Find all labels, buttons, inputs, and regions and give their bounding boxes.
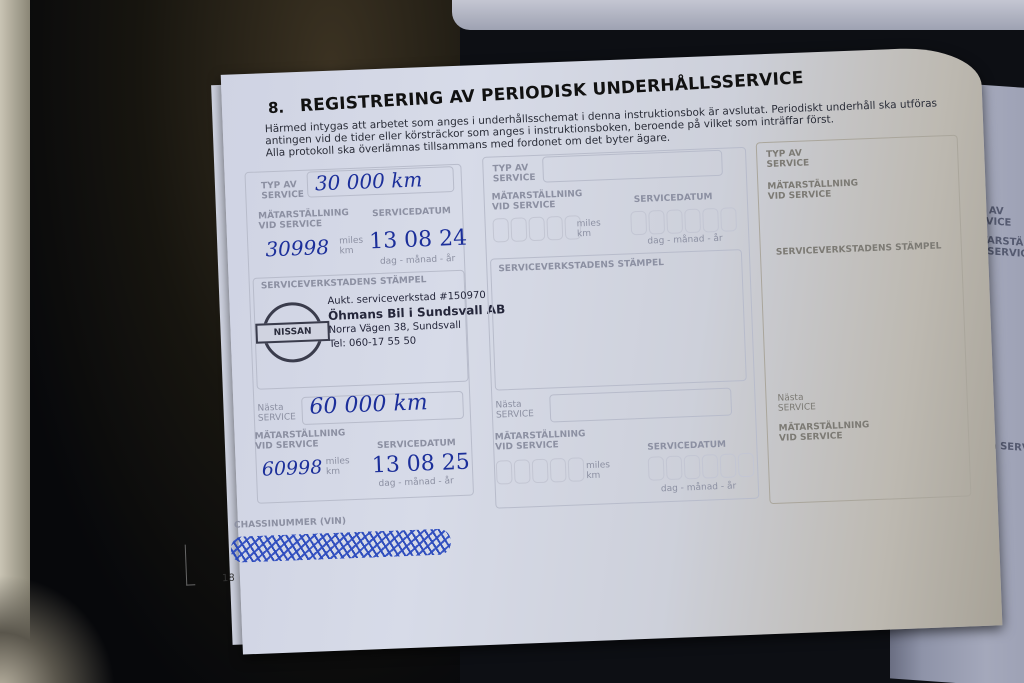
date-digit-boxes[interactable] [630,207,737,235]
next-odometer-digit-boxes[interactable] [496,457,585,484]
label-next-service: Nästa SERVICE [777,392,816,413]
odometer-digit-boxes[interactable] [492,215,581,242]
crop-mark [185,544,196,585]
background-paper [452,0,1024,30]
section-number: 8. [268,99,285,118]
label-service-type: TYP AV SERVICE [766,148,809,170]
next-units-label: miles km [586,460,611,481]
page-number: 18 [222,573,235,584]
odometer-value: 30998 [265,235,329,261]
next-date-digit-boxes[interactable] [648,453,755,481]
label-next-odometer: MÄTARSTÄLLNING VID SERVICE [779,420,870,443]
label-next-odometer: MÄTARSTÄLLNING VID SERVICE [254,428,345,451]
label-service-type: TYP AV SERVICE [261,180,304,202]
label-next-service: Nästa SERVICE [257,402,296,423]
next-odometer-value: 60998 [261,456,322,480]
label-service-type: TYP AV SERVICE [492,163,535,185]
units-label: miles km [577,218,602,239]
units-label: miles km [339,236,364,257]
service-book: 8. REGISTRERING AV PERIODISK UNDERHÅLLSS… [140,26,998,668]
next-service-value: 60 000 km [309,390,428,420]
label-odometer: MÄTARSTÄLLNING VID SERVICE [258,208,349,231]
label-odometer: MÄTARSTÄLLNING VID SERVICE [767,179,858,202]
next-date-value: 13 08 25 [371,450,470,479]
service-type-value: 30 000 km [314,167,422,195]
label-next-service: Nästa SERVICE [495,399,534,420]
label-next-odometer: MÄTARSTÄLLNING VID SERVICE [495,429,586,452]
service-date-value: 13 08 24 [369,226,468,255]
label-odometer: MÄTARSTÄLLNING VID SERVICE [491,189,582,212]
next-units-label: miles km [325,456,350,477]
background-floor [0,560,140,683]
nissan-logo-text: NISSAN [255,321,330,344]
